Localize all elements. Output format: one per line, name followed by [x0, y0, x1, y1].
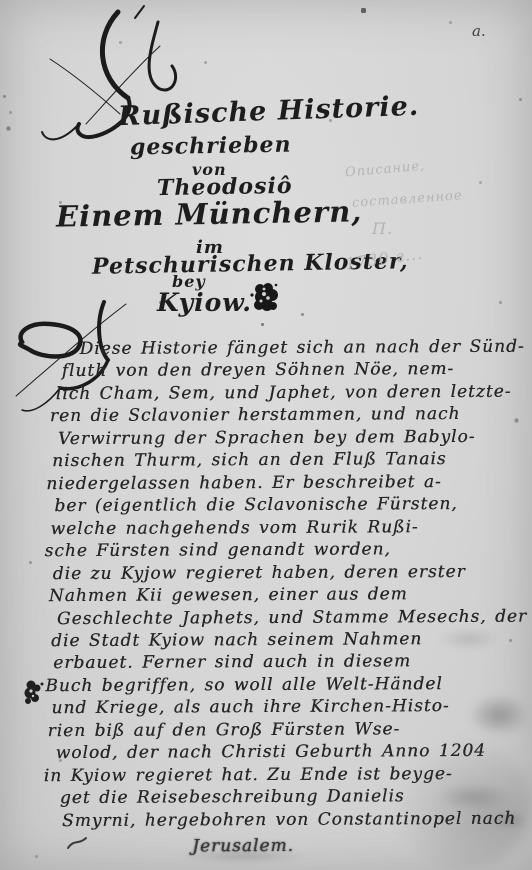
- manuscript-line: ren die Sclavonier herstammen, und nach: [50, 404, 461, 426]
- manuscript-line: fluth von den dreyen Söhnen Nöe, nem-: [62, 359, 455, 381]
- manuscript-line: Jerusalem.: [192, 836, 294, 857]
- manuscript-line: in Kyiow regieret hat. Zu Ende ist beyge…: [44, 764, 453, 786]
- manuscript-line: Geschlechte Japhets, und Stamme Mesechs,…: [57, 607, 527, 629]
- manuscript-line: lich Cham, Sem, und Japhet, von deren le…: [56, 382, 512, 404]
- manuscript-line: Buch begriffen, so woll alle Welt-Händel: [45, 674, 443, 696]
- manuscript-line: rien biß auf den Groß Fürsten Wse-: [47, 719, 400, 741]
- manuscript-page: a. Rußische Historie. geschrieben von Th…: [0, 0, 532, 870]
- body-paragraph: Diese Historie fänget sich an nach der S…: [0, 0, 532, 870]
- manuscript-line: ber (eigentlich die Sclavonische Fürsten…: [54, 494, 457, 516]
- manuscript-line: die zu Kyjow regieret haben, deren erste…: [53, 562, 466, 584]
- manuscript-line: Verwirrung der Sprachen bey dem Babylo-: [58, 427, 476, 449]
- manuscript-line: Diese Historie fänget sich an nach der S…: [79, 337, 524, 359]
- manuscript-line: Nahmen Kii gewesen, einer aus dem: [49, 584, 408, 606]
- manuscript-line: nischen Thurm, sich an den Fluß Tanais: [52, 449, 447, 471]
- manuscript-line: get die Reisebeschreibung Danielis: [60, 786, 405, 808]
- manuscript-line: welche nachgehends vom Rurik Rußi-: [50, 517, 418, 539]
- manuscript-line: Smyrni, hergebohren von Constantinopel n…: [62, 809, 516, 831]
- manuscript-line: erbauet. Ferner sind auch in diesem: [53, 651, 411, 673]
- manuscript-line: die Stadt Kyiow nach seinem Nahmen: [51, 629, 422, 651]
- manuscript-line: und Kriege, als auch ihre Kirchen-Histo-: [51, 696, 449, 718]
- manuscript-line: sche Fürsten sind genandt worden,: [45, 539, 391, 561]
- manuscript-line: wolod, der nach Christi Geburth Anno 120…: [56, 741, 486, 763]
- manuscript-line: niedergelassen haben. Er beschreibet a-: [46, 472, 442, 494]
